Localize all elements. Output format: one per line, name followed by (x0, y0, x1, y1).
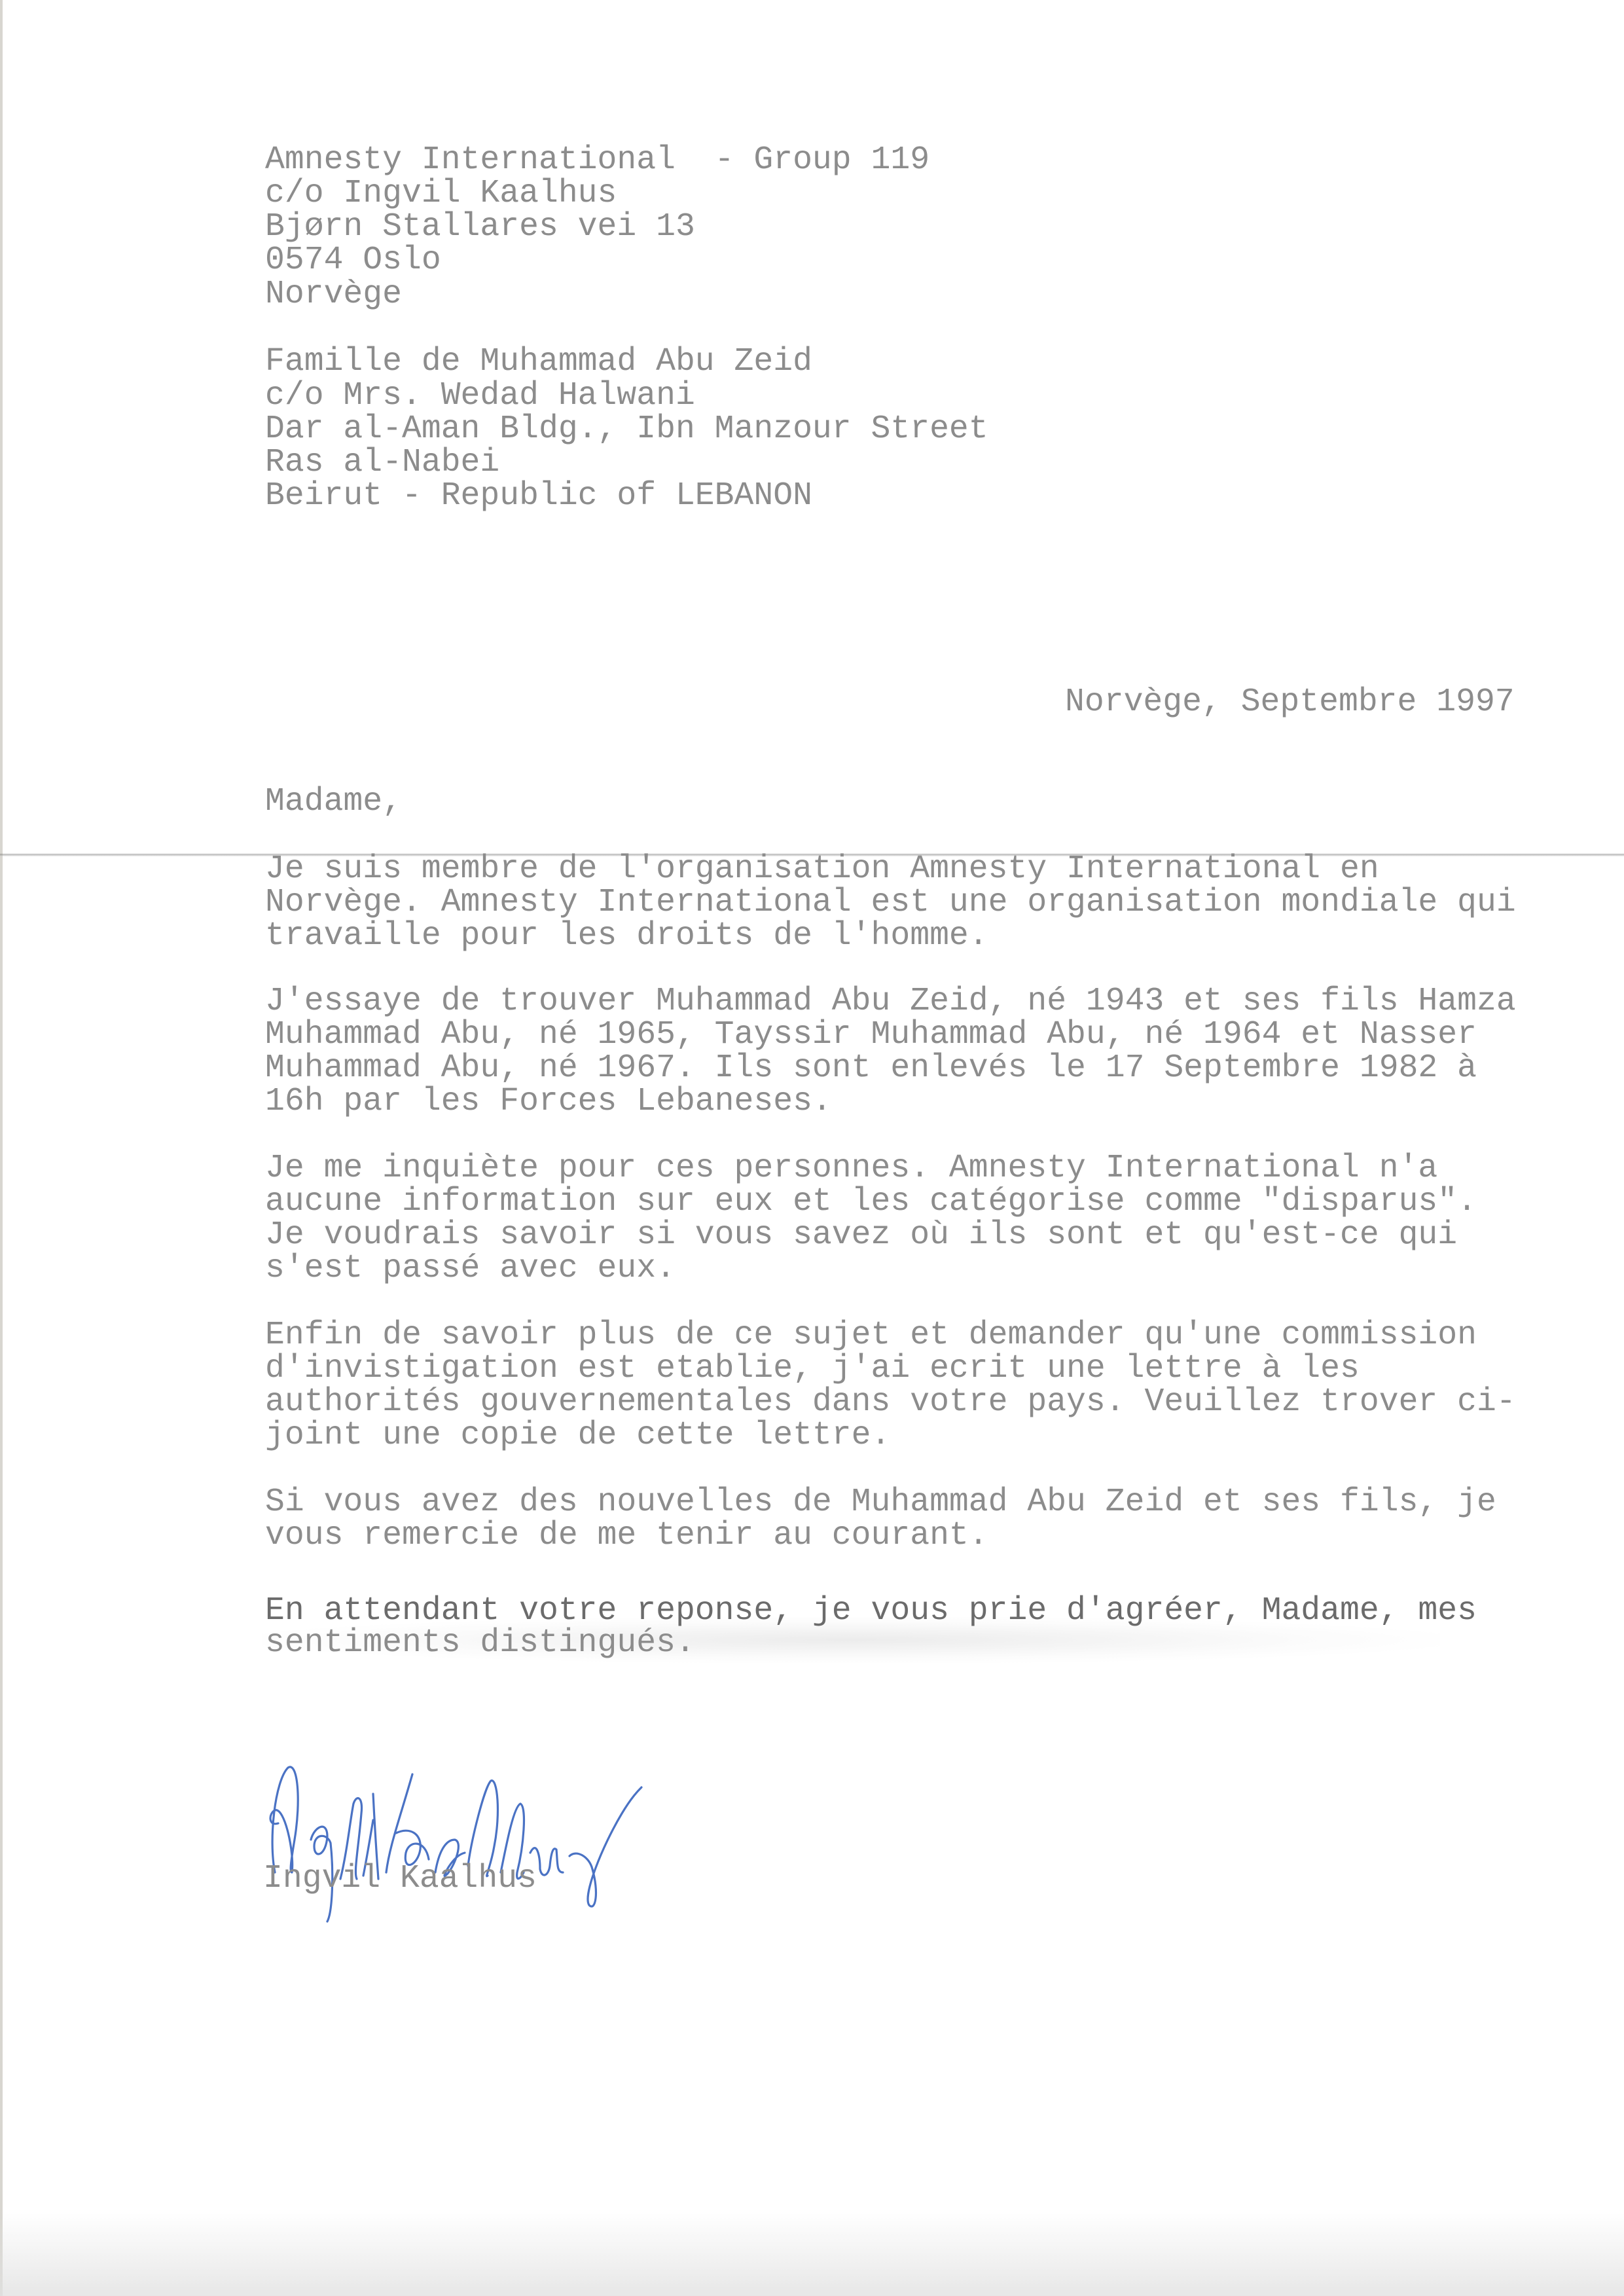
letter-page: Amnesty International - Group 119 c/o In… (0, 0, 1624, 2296)
body-line: Enfin de savoir plus de ce sujet et dema… (265, 1319, 1477, 1352)
sender-line: Bjørn Stallares vei 13 (265, 210, 695, 244)
body-line: joint une copie de cette lettre. (265, 1419, 890, 1452)
closing-line: sentiments distingués. (265, 1626, 695, 1660)
body-line: vous remercie de me tenir au courant. (265, 1519, 988, 1552)
sender-line: c/o Ingvil Kaalhus (265, 177, 617, 210)
recipient-line: Beirut - Republic of LEBANON (265, 479, 812, 513)
closing-line: En attendant votre reponse, je vous prie… (265, 1594, 1477, 1628)
letter-date: Norvège, Septembre 1997 (1065, 685, 1515, 719)
paper-edge (0, 0, 3, 2296)
body-line: Je me inquiète pour ces personnes. Amnes… (265, 1152, 1437, 1185)
body-line: Si vous avez des nouvelles de Muhammad A… (265, 1485, 1496, 1519)
recipient-line: c/o Mrs. Wedad Halwani (265, 379, 695, 412)
sender-line: Amnesty International - Group 119 (265, 143, 929, 177)
sender-line: Norvège (265, 278, 402, 311)
body-line: aucune information sur eux et les catégo… (265, 1185, 1477, 1218)
typed-signature-name: Ingvil Kaalhus (263, 1862, 537, 1895)
body-line: Je suis membre de l'organisation Amnesty… (265, 852, 1379, 886)
body-line: travaille pour les droits de l'homme. (265, 919, 988, 953)
body-line: Muhammad Abu, né 1965, Tayssir Muhammad … (265, 1018, 1477, 1051)
body-line: d'invistigation est etablie, j'ai ecrit … (265, 1352, 1360, 1385)
body-line: s'est passé avec eux. (265, 1252, 676, 1285)
body-line: J'essaye de trouver Muhammad Abu Zeid, n… (265, 985, 1516, 1018)
recipient-line: Dar al-Aman Bldg., Ibn Manzour Street (265, 412, 988, 446)
body-line: authorités gouvernementales dans votre p… (265, 1385, 1516, 1419)
recipient-line: Ras al-Nabei (265, 446, 499, 479)
salutation: Madame, (265, 785, 402, 818)
body-line: Norvège. Amnesty International est une o… (265, 886, 1516, 919)
body-line: Muhammad Abu, né 1967. Ils sont enlevés … (265, 1051, 1477, 1085)
body-line: Je voudrais savoir si vous savez où ils … (265, 1218, 1457, 1252)
handwritten-signature-icon (249, 1741, 694, 1925)
recipient-line: Famille de Muhammad Abu Zeid (265, 345, 812, 378)
scan-shadow (0, 2213, 1624, 2296)
body-line: 16h par les Forces Lebaneses. (265, 1085, 832, 1118)
sender-line: 0574 Oslo (265, 244, 441, 277)
